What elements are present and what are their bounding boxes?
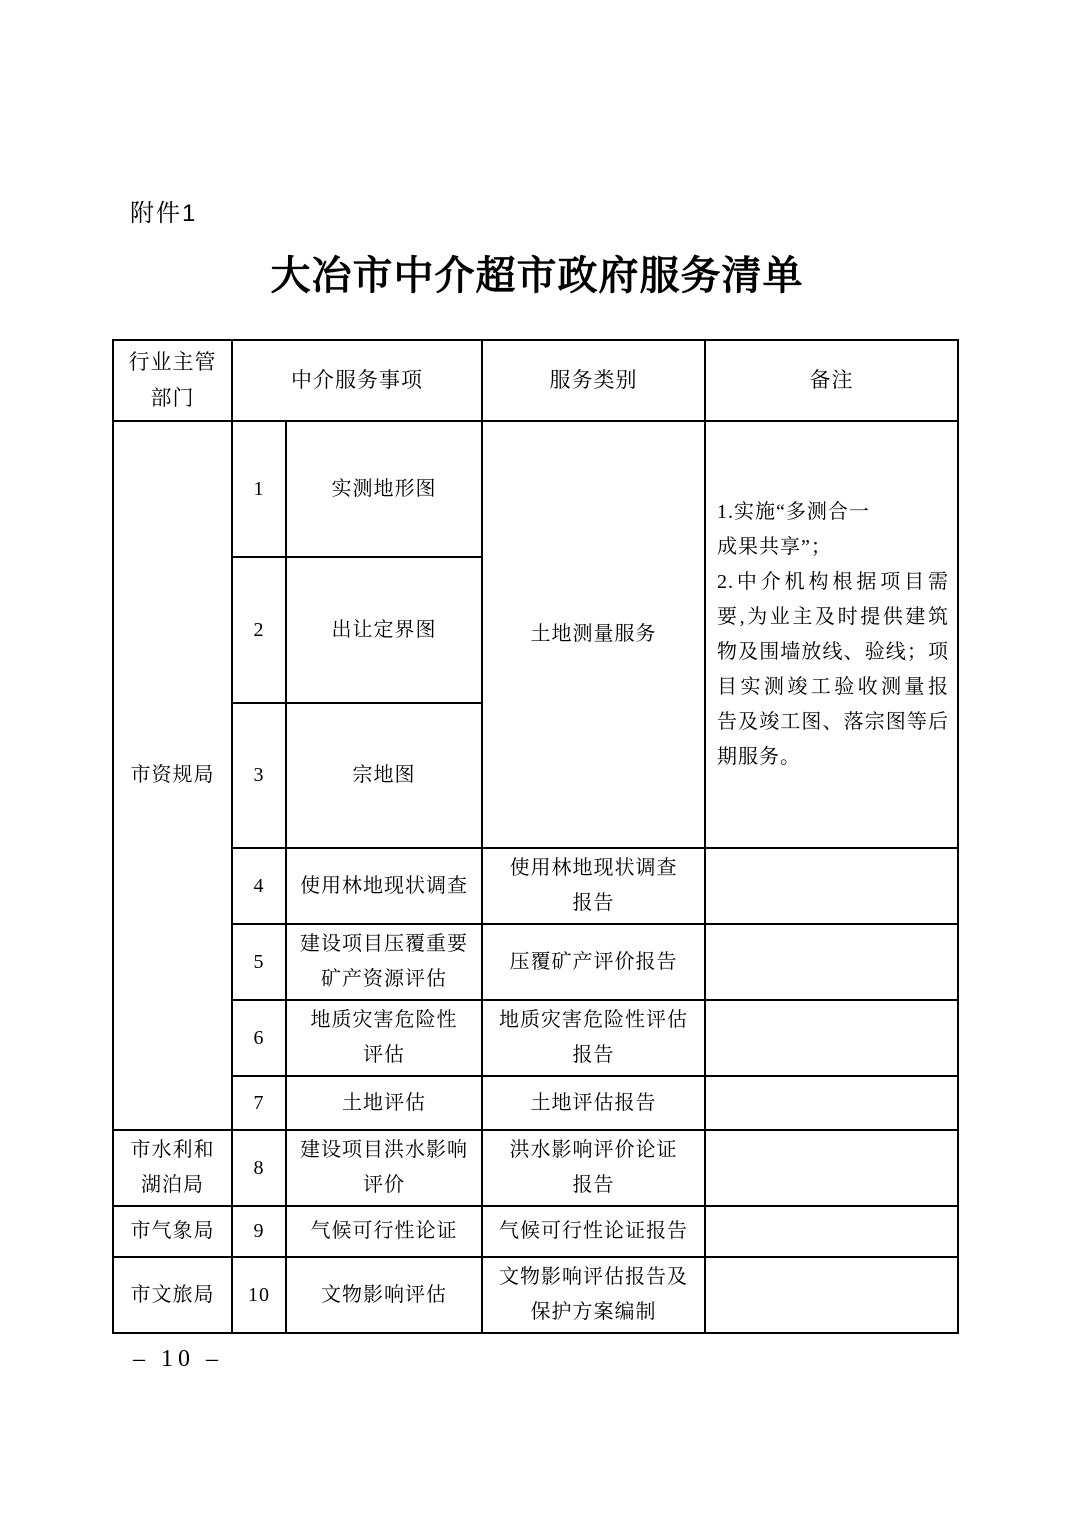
row-number-cell: 4 [232, 848, 286, 924]
service-item-cell: 建设项目洪水影响 评价 [286, 1130, 482, 1206]
service-item-cell: 气候可行性论证 [286, 1206, 482, 1257]
header-service-item: 中介服务事项 [232, 340, 482, 421]
row-number-cell: 9 [232, 1206, 286, 1257]
service-item-cell: 实测地形图 [286, 421, 482, 557]
service-category-cell: 地质灾害危险性评估 报告 [482, 1000, 705, 1076]
service-category-cell: 土地评估报告 [482, 1076, 705, 1130]
department-cell: 市文旅局 [113, 1257, 232, 1333]
service-item-cell: 建设项目压覆重要 矿产资源评估 [286, 924, 482, 1000]
remark-line: 成果共享”； [717, 530, 949, 565]
row-number-cell: 8 [232, 1130, 286, 1206]
remark-cell-empty [705, 848, 958, 924]
department-cell: 市气象局 [113, 1206, 232, 1257]
remark-cell-empty [705, 1000, 958, 1076]
remark-cell-empty [705, 1206, 958, 1257]
service-category-cell: 压覆矿产评价报告 [482, 924, 705, 1000]
row-number-cell: 6 [232, 1000, 286, 1076]
service-item-cell: 文物影响评估 [286, 1257, 482, 1333]
header-service-category: 服务类别 [482, 340, 705, 421]
header-remark: 备注 [705, 340, 958, 421]
remark-cell-empty [705, 1076, 958, 1130]
row-number-cell: 5 [232, 924, 286, 1000]
row-number-cell: 1 [232, 421, 286, 557]
department-cell: 市水利和 湖泊局 [113, 1130, 232, 1206]
department-cell: 市资规局 [113, 421, 232, 1130]
table-row: 市资规局 1 实测地形图 土地测量服务 1.实施“多测合一成果共享”；2.中介机… [113, 421, 958, 557]
remark-cell-empty [705, 1130, 958, 1206]
service-category-cell: 使用林地现状调查 报告 [482, 848, 705, 924]
service-item-cell: 出让定界图 [286, 557, 482, 703]
table-row: 6 地质灾害危险性 评估 地质灾害危险性评估 报告 [113, 1000, 958, 1076]
remark-line: 2.中介机构根据项目需 [717, 565, 949, 600]
page-number: – 10 – [133, 1346, 223, 1373]
service-item-cell: 使用林地现状调查 [286, 848, 482, 924]
row-number-cell: 3 [232, 703, 286, 848]
document-page: 附件1 大冶市中介超市政府服务清单 行业主管 部门 中介服务事项 服务类别 备注… [0, 0, 1074, 1520]
attachment-label: 附件1 [130, 193, 197, 228]
row-number-cell: 7 [232, 1076, 286, 1130]
row-number-cell: 2 [232, 557, 286, 703]
service-item-cell: 宗地图 [286, 703, 482, 848]
service-item-cell: 地质灾害危险性 评估 [286, 1000, 482, 1076]
row-number-cell: 10 [232, 1257, 286, 1333]
page-title: 大冶市中介超市政府服务清单 [0, 244, 1074, 301]
service-category-cell: 洪水影响评价论证 报告 [482, 1130, 705, 1206]
service-item-cell: 土地评估 [286, 1076, 482, 1130]
service-list-table: 行业主管 部门 中介服务事项 服务类别 备注 市资规局 1 实测地形图 土地测量… [112, 339, 959, 1334]
table-row: 4 使用林地现状调查 使用林地现状调查 报告 [113, 848, 958, 924]
table-row: 市文旅局 10 文物影响评估 文物影响评估报告及 保护方案编制 [113, 1257, 958, 1333]
remark-cell: 1.实施“多测合一成果共享”；2.中介机构根据项目需要,为业主及时提供建筑物及围… [705, 421, 958, 848]
table-row: 市气象局 9 气候可行性论证 气候可行性论证报告 [113, 1206, 958, 1257]
service-category-cell: 土地测量服务 [482, 421, 705, 848]
remark-line: 要,为业主及时提供建筑 [717, 600, 949, 635]
service-category-cell: 气候可行性论证报告 [482, 1206, 705, 1257]
table-header-row: 行业主管 部门 中介服务事项 服务类别 备注 [113, 340, 958, 421]
table-row: 5 建设项目压覆重要 矿产资源评估 压覆矿产评价报告 [113, 924, 958, 1000]
remark-line: 目实测竣工验收测量报 [717, 670, 949, 705]
remark-line: 期服务。 [717, 740, 949, 775]
remark-line: 1.实施“多测合一 [717, 495, 949, 530]
service-category-cell: 文物影响评估报告及 保护方案编制 [482, 1257, 705, 1333]
header-department: 行业主管 部门 [113, 340, 232, 421]
remark-line: 告及竣工图、落宗图等后 [717, 705, 949, 740]
table-row: 7 土地评估 土地评估报告 [113, 1076, 958, 1130]
table-row: 市水利和 湖泊局 8 建设项目洪水影响 评价 洪水影响评价论证 报告 [113, 1130, 958, 1206]
remark-cell-empty [705, 1257, 958, 1333]
remark-line: 物及围墙放线、验线；项 [717, 635, 949, 670]
remark-cell-empty [705, 924, 958, 1000]
